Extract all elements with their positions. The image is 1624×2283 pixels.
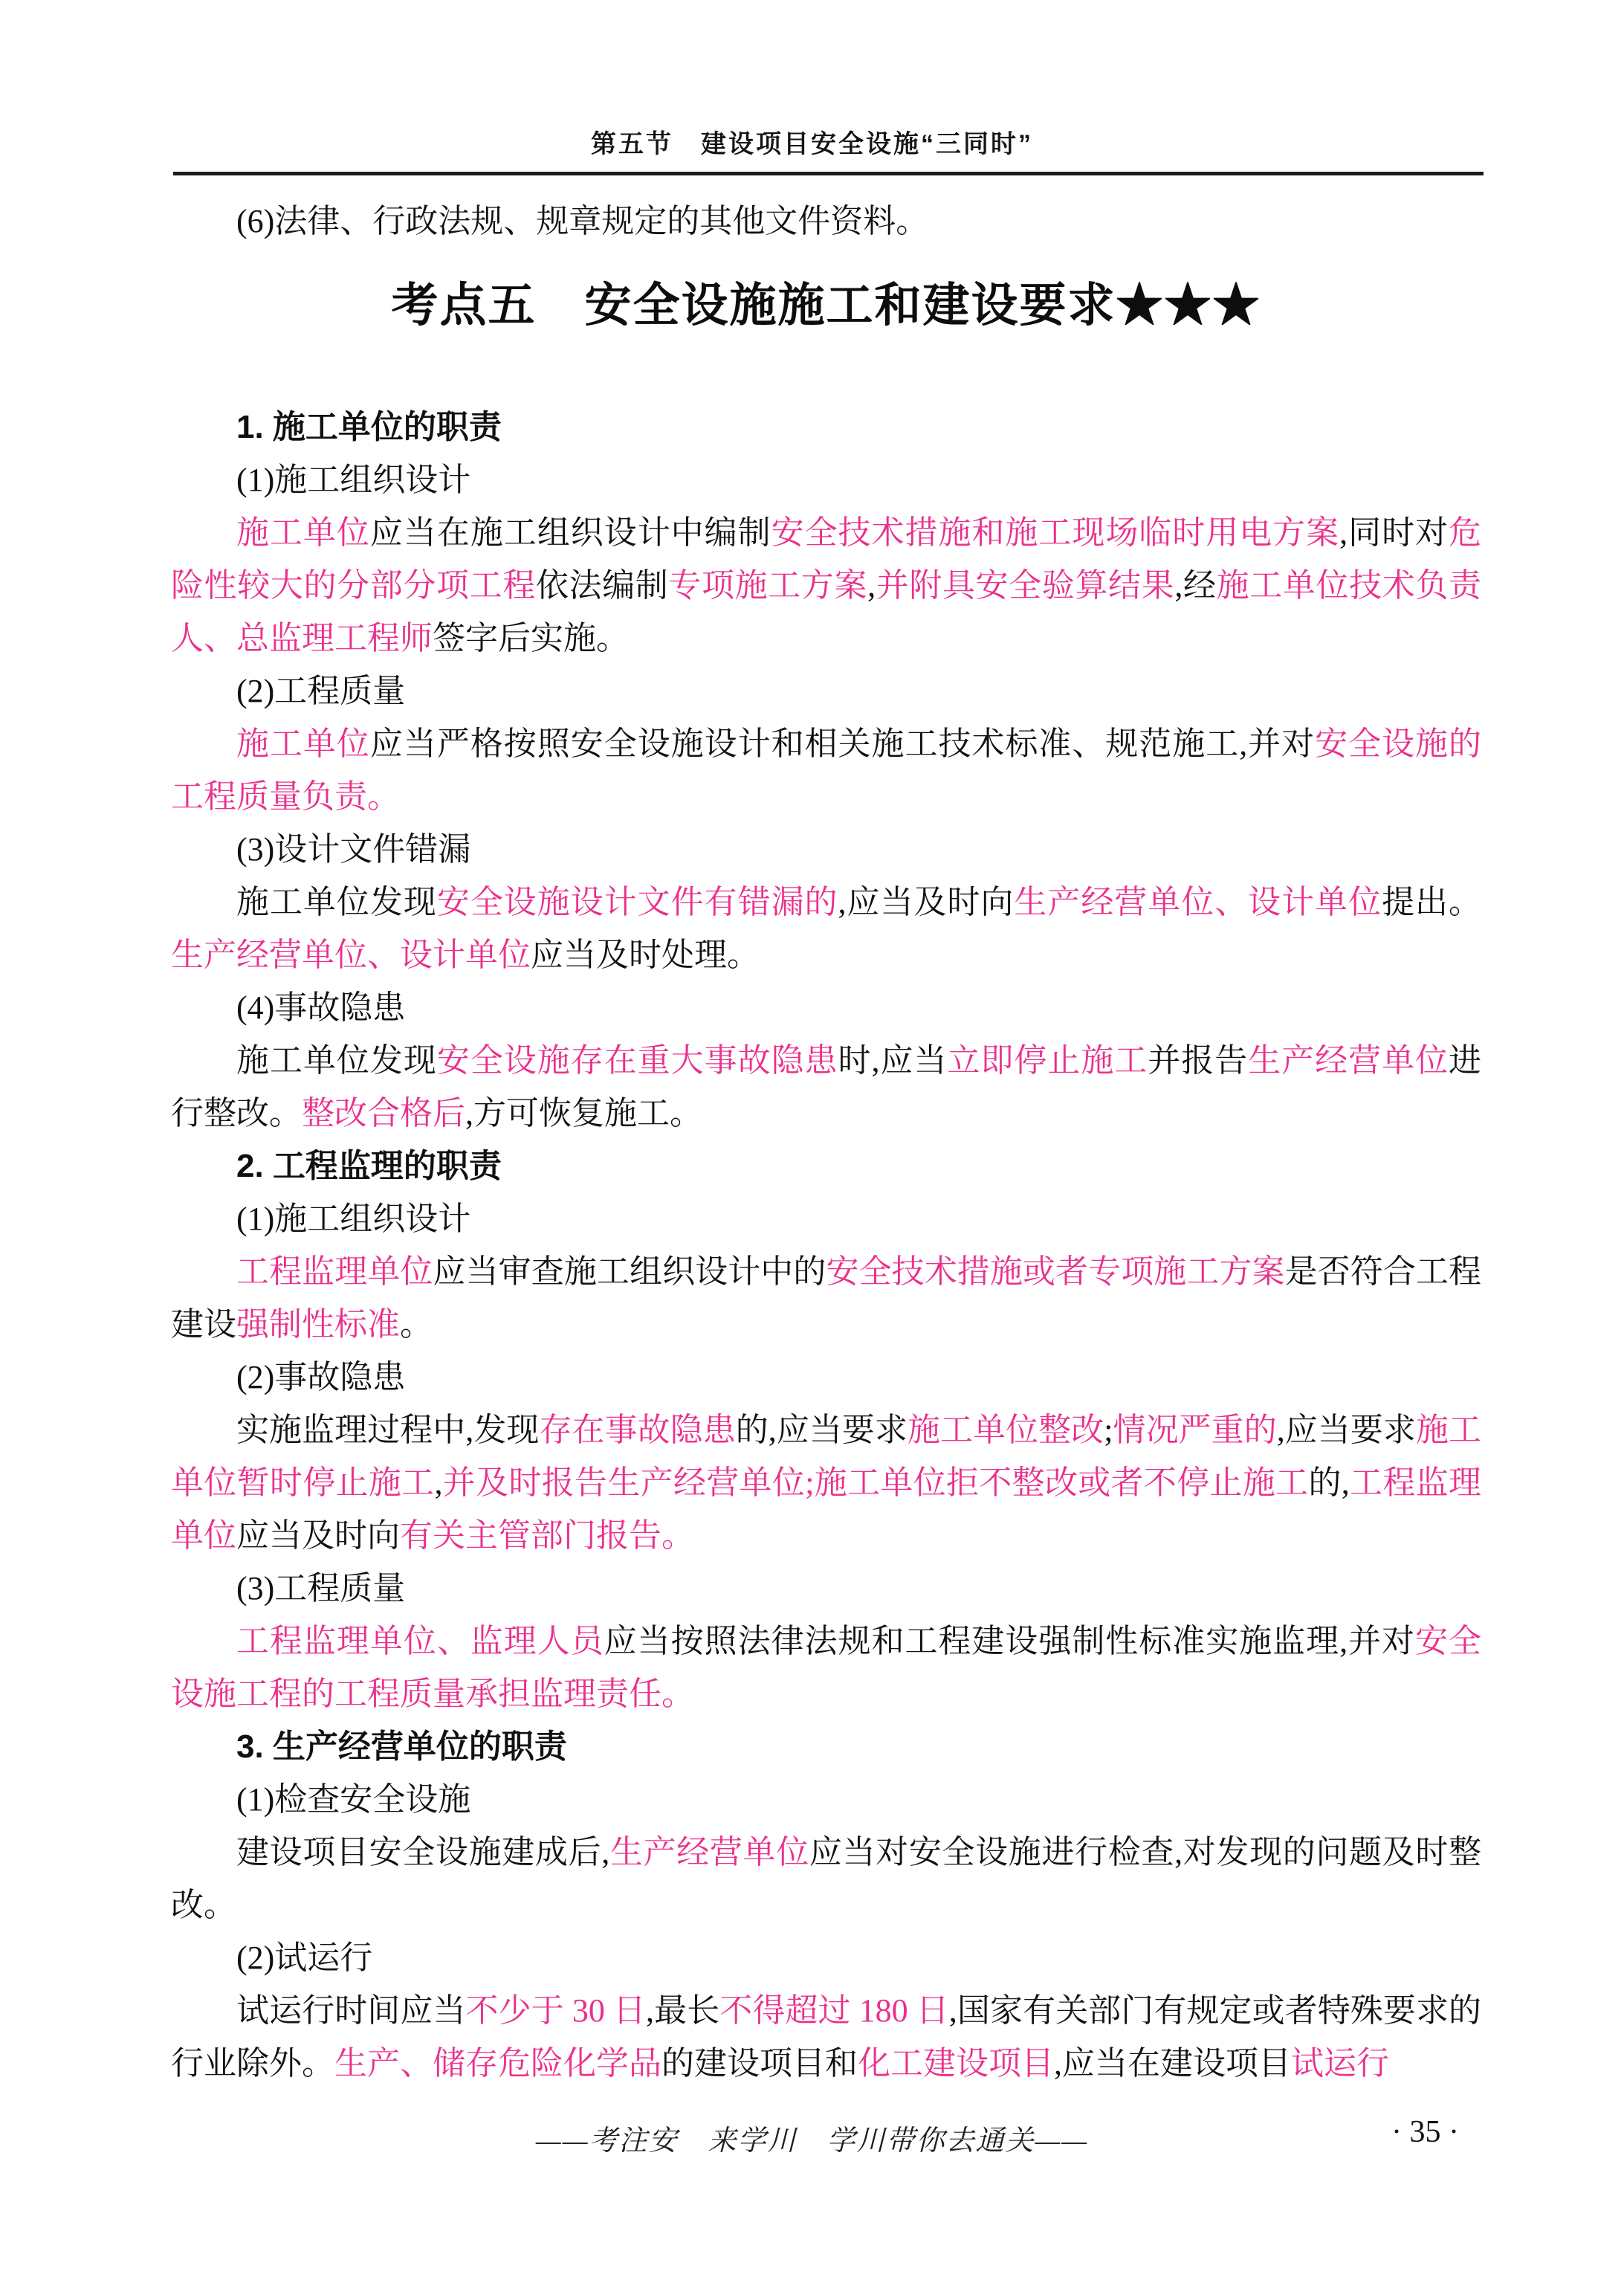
highlighted-text: 施工单位整改 — [908, 1412, 1104, 1448]
textbook-page: 第五节 建设项目安全设施“三同时” (6)法律、行政法规、规章规定的其他文件资料… — [0, 0, 1624, 2283]
body-text: (3)设计文件错漏 — [236, 831, 470, 868]
body-text: 3. 生产经营单位的职责 — [236, 1728, 567, 1765]
section-title: 考点五 安全设施施工和建设要求★★★ — [171, 276, 1481, 335]
sub-heading: (2)事故隐患 — [171, 1351, 1481, 1404]
highlighted-text: 情况严重的 — [1113, 1412, 1276, 1448]
body-text: 试运行时间应当 — [236, 1992, 466, 2029]
footer-slogan: ——考注安 来学川 学川带你去通关—— — [0, 2117, 1624, 2158]
body-text: 的建设项目和 — [661, 2045, 858, 2082]
highlighted-text: 安全技术措施或者专项施工方案 — [826, 1253, 1284, 1290]
sub-heading: (1)施工组织设计 — [171, 1192, 1481, 1245]
body-text: 应当按照法律法规和工程建设强制性标准实施监理,并对 — [604, 1623, 1415, 1659]
body-text: (6)法律、行政法规、规章规定的其他文件资料。 — [236, 203, 928, 239]
body-text: (2)工程质量 — [236, 673, 405, 709]
body-paragraph: 试运行时间应当不少于 30 日,最长不得超过 180 日,国家有关部门有规定或者… — [171, 1984, 1481, 2090]
header-divider — [173, 172, 1484, 175]
body-text: 施工单位发现 — [236, 1042, 437, 1079]
highlighted-text: 施工单位 — [236, 726, 370, 762]
body-text: 应当严格按照安全设施设计和相关施工技术标准、规范施工,并对 — [370, 726, 1315, 762]
body-text: 签字后实施。 — [433, 620, 629, 656]
body-text: , — [435, 1465, 443, 1501]
body-text: , — [867, 567, 876, 604]
highlighted-text: 工程监理单位 — [236, 1253, 433, 1290]
body-text: (1)施工组织设计 — [236, 1201, 470, 1237]
body-text: 时,应当 — [838, 1042, 948, 1079]
highlighted-text: 安全技术措施和施工现场临时用电方案 — [771, 514, 1340, 551]
highlighted-text: 不少于 30 日 — [466, 1992, 646, 2029]
sub-heading: (2)工程质量 — [171, 665, 1481, 717]
sub-heading: (3)工程质量 — [171, 1562, 1481, 1615]
highlighted-text: 不得超过 180 日 — [719, 1992, 949, 2029]
body-text: ,应当及时向 — [838, 884, 1015, 920]
highlighted-text: 安全设施设计文件有错漏的 — [437, 884, 838, 920]
highlighted-text: 生产经营单位 — [1248, 1042, 1449, 1079]
page-number: · 35 · — [1391, 2114, 1459, 2150]
highlighted-text: 生产、储存危险化学品 — [334, 2045, 661, 2082]
body-text: 实施监理过程中,发现 — [236, 1412, 539, 1448]
body-text: 1. 施工单位的职责 — [236, 409, 502, 445]
highlighted-text: 施工单位 — [236, 514, 370, 551]
body-text: 应当在施工组织设计中编制 — [370, 514, 771, 551]
highlighted-text: 整改合格后 — [302, 1095, 465, 1131]
sub-heading: (1)检查安全设施 — [171, 1773, 1481, 1826]
sub-heading: (2)试运行 — [171, 1931, 1481, 1984]
body-text: ,同时对 — [1339, 514, 1449, 551]
highlighted-text: 强制性标准 — [236, 1306, 400, 1343]
body-text: 并报告 — [1148, 1042, 1248, 1079]
body-text: 建设项目安全设施建成后, — [236, 1834, 609, 1870]
running-header: 第五节 建设项目安全设施“三同时” — [0, 123, 1624, 160]
highlighted-text: 有关主管部门报告。 — [400, 1517, 694, 1554]
numbered-heading: 2. 工程监理的职责 — [171, 1140, 1481, 1192]
body-text: 2. 工程监理的职责 — [236, 1148, 502, 1184]
content-area: (6)法律、行政法规、规章规定的其他文件资料。考点五 安全设施施工和建设要求★★… — [171, 195, 1481, 2090]
body-text: (1)施工组织设计 — [236, 462, 470, 498]
body-text: 施工单位发现 — [236, 884, 437, 920]
sub-heading: (3)设计文件错漏 — [171, 823, 1481, 876]
body-paragraph: 施工单位应当在施工组织设计中编制安全技术措施和施工现场临时用电方案,同时对危险性… — [171, 506, 1481, 665]
highlighted-text: 存在事故隐患 — [539, 1412, 735, 1448]
body-text: ,应当要求 — [1277, 1412, 1416, 1448]
highlighted-text: 安全设施存在重大事故隐患 — [437, 1042, 838, 1079]
highlighted-text: 化工建设项目 — [858, 2045, 1054, 2082]
highlighted-text: 试运行 — [1291, 2045, 1389, 2082]
body-text: 的, — [1308, 1465, 1349, 1501]
body-text: (4)事故隐患 — [236, 989, 405, 1026]
body-text: ,方可恢复施工。 — [465, 1095, 702, 1131]
body-text: 应当及时向 — [236, 1517, 400, 1554]
body-text: ,应当在建设项目 — [1054, 2045, 1291, 2082]
body-paragraph: 工程监理单位、监理人员应当按照法律法规和工程建设强制性标准实施监理,并对安全设施… — [171, 1615, 1481, 1720]
body-paragraph: 施工单位应当严格按照安全设施设计和相关施工技术标准、规范施工,并对安全设施的工程… — [171, 717, 1481, 823]
body-text: 。 — [400, 1306, 433, 1343]
body-paragraph: 施工单位发现安全设施存在重大事故隐患时,应当立即停止施工并报告生产经营单位进行整… — [171, 1034, 1481, 1140]
body-text: 依法编制 — [536, 567, 669, 604]
sub-heading: (4)事故隐患 — [171, 981, 1481, 1034]
highlighted-text: 立即停止施工 — [947, 1042, 1148, 1079]
body-text: 应当及时处理。 — [531, 937, 760, 973]
highlighted-text: 生产经营单位、设计单位 — [1014, 884, 1382, 920]
highlighted-text: 生产经营单位、设计单位 — [171, 937, 531, 973]
body-text: ,经 — [1174, 567, 1216, 604]
body-text: (1)检查安全设施 — [236, 1781, 470, 1818]
highlighted-text: 并及时报告生产经营单位;施工单位拒不整改或者不停止施工 — [443, 1465, 1309, 1501]
highlighted-text: 专项施工方案 — [668, 567, 867, 604]
body-text: ; — [1104, 1412, 1113, 1448]
numbered-heading: 3. 生产经营单位的职责 — [171, 1720, 1481, 1773]
body-paragraph: 实施监理过程中,发现存在事故隐患的,应当要求施工单位整改;情况严重的,应当要求施… — [171, 1404, 1481, 1562]
body-paragraph: 建设项目安全设施建成后,生产经营单位应当对安全设施进行检查,对发现的问题及时整改… — [171, 1826, 1481, 1931]
sub-heading: (6)法律、行政法规、规章规定的其他文件资料。 — [171, 195, 1481, 248]
body-text: (2)事故隐患 — [236, 1359, 405, 1395]
body-text: (3)工程质量 — [236, 1570, 405, 1607]
body-text: 应当审查施工组织设计中的 — [433, 1253, 826, 1290]
body-text: 提出。 — [1382, 884, 1481, 920]
body-text: 的,应当要求 — [736, 1412, 908, 1448]
sub-heading: (1)施工组织设计 — [171, 453, 1481, 506]
body-paragraph: 工程监理单位应当审查施工组织设计中的安全技术措施或者专项施工方案是否符合工程建设… — [171, 1245, 1481, 1351]
body-paragraph: 施工单位发现安全设施设计文件有错漏的,应当及时向生产经营单位、设计单位提出。生产… — [171, 876, 1481, 981]
highlighted-text: 并附具安全验算结果 — [876, 567, 1174, 604]
numbered-heading: 1. 施工单位的职责 — [171, 401, 1481, 453]
highlighted-text: 工程监理单位、监理人员 — [236, 1623, 604, 1659]
body-text: ,最长 — [646, 1992, 719, 2029]
body-text: (2)试运行 — [236, 1940, 372, 1976]
highlighted-text: 生产经营单位 — [609, 1834, 809, 1870]
